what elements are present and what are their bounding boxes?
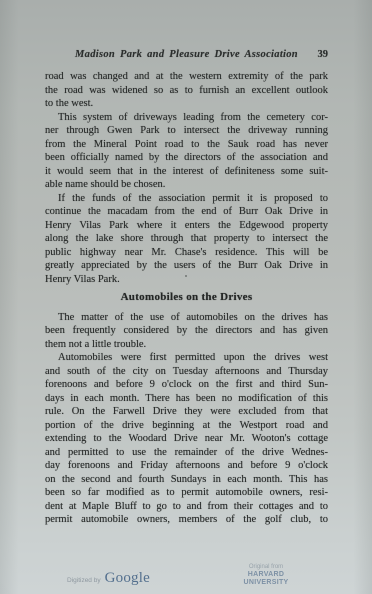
text-line: been frequently considered by the direct… bbox=[45, 324, 328, 338]
text-line: public highway near Mr. Chase's residenc… bbox=[45, 246, 328, 260]
original-from-label: Original from bbox=[226, 564, 306, 571]
scan-speck bbox=[185, 275, 187, 277]
text-line: Automobiles were first permitted upon th… bbox=[45, 351, 328, 365]
text-line: it would seem that in the interest of de… bbox=[45, 165, 328, 179]
text-line: day forenoons and Friday afternoons and … bbox=[45, 459, 328, 473]
text-line: and permitted to use the remainder of th… bbox=[45, 446, 328, 460]
text-line: the road was widened so as to furnish an… bbox=[45, 84, 328, 98]
text-line: road was changed and at the western extr… bbox=[45, 70, 328, 84]
page-number: 39 bbox=[318, 49, 329, 60]
text-line: portion of the drive beginning at the We… bbox=[45, 419, 328, 433]
text-line: able name should be chosen. bbox=[45, 178, 328, 192]
running-head-title: Madison Park and Pleasure Drive Associat… bbox=[45, 49, 328, 60]
text-line: from the Mineral Point road to the Sauk … bbox=[45, 138, 328, 152]
text-line: extending to the Woodard Drive near Mr. … bbox=[45, 432, 328, 446]
scan-speck bbox=[323, 374, 325, 376]
text-line: on the second and fourth Sundays in each… bbox=[45, 473, 328, 487]
text-line: Henry Vilas Park where it enters the Edg… bbox=[45, 219, 328, 233]
text-line: been so far modified as to permit automo… bbox=[45, 486, 328, 500]
text-line: This system of driveways leading from th… bbox=[45, 111, 328, 125]
text-line: to the west. bbox=[45, 97, 328, 111]
running-head: Madison Park and Pleasure Drive Associat… bbox=[45, 49, 328, 63]
text-line: been officially named by the directors o… bbox=[45, 151, 328, 165]
text-line: days in each month. There has been no mo… bbox=[45, 392, 328, 406]
text-line: dent at Maple Bluff to go to and from th… bbox=[45, 500, 328, 514]
text-line: ner through Gwen Park to intersect the d… bbox=[45, 124, 328, 138]
digitization-credit: Digitized by Google bbox=[67, 570, 150, 587]
source-credit: Original from HARVARD UNIVERSITY bbox=[226, 564, 306, 587]
book-page: Madison Park and Pleasure Drive Associat… bbox=[0, 0, 372, 594]
text-line: forenoons and before 9 o'clock on the fi… bbox=[45, 378, 328, 392]
text-line: and south of the city on Tuesday afterno… bbox=[45, 365, 328, 379]
text-line: permit automobile owners, members of the… bbox=[45, 513, 328, 527]
source-library-label: HARVARD UNIVERSITY bbox=[226, 571, 306, 587]
text-block: road was changed and at the western extr… bbox=[45, 70, 328, 527]
text-line: continue the macadam from the end of Bur… bbox=[45, 205, 328, 219]
text-line: The matter of the use of automobiles on … bbox=[45, 311, 328, 325]
digitized-by-label: Digitized by bbox=[67, 577, 101, 584]
text-line: greatly appreciated by the users of the … bbox=[45, 259, 328, 273]
text-line: them not a little trouble. bbox=[45, 338, 328, 352]
text-line: rule. On the Farwell Drive they were exc… bbox=[45, 405, 328, 419]
text-line: along the lake shore through that proper… bbox=[45, 232, 328, 246]
section-heading: Automobiles on the Drives bbox=[45, 291, 328, 305]
google-logo: Google bbox=[105, 570, 150, 587]
text-line: If the funds of the association permit i… bbox=[45, 192, 328, 206]
